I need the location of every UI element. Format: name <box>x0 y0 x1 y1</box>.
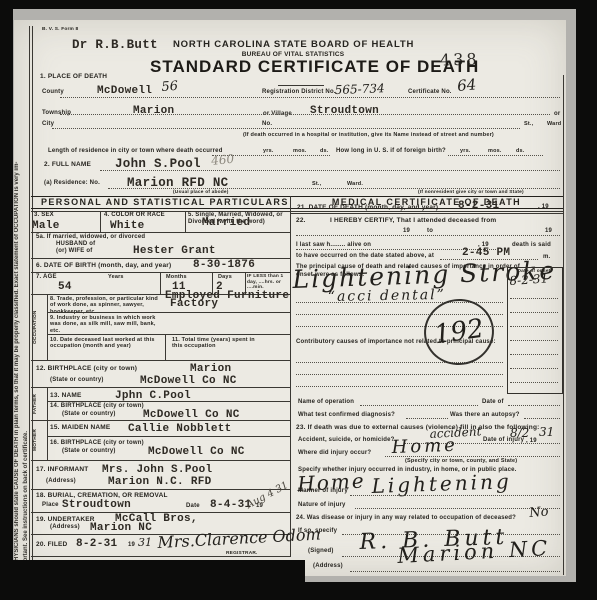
mother-birthplace-label: 16. BIRTHPLACE (city or town) <box>50 440 144 447</box>
row-rule <box>31 556 290 557</box>
nature-injury-label: Nature of injury <box>298 502 346 509</box>
death-said-label: death is said <box>512 242 551 249</box>
spouse-label-1: 5a. If married, widowed, or divorced <box>36 234 145 241</box>
row-rule <box>47 312 290 313</box>
undertaker-address-label: (Address) <box>50 524 80 531</box>
certify-19a: 19 <box>403 228 410 235</box>
cell-divider <box>165 334 166 360</box>
undertaker-label: 19. UNDERTAKER <box>36 516 95 524</box>
date-of-death-19: , 19 <box>538 204 549 211</box>
operation-label: Name of operation <box>298 399 354 406</box>
spouse-value: Hester Grant <box>133 245 216 257</box>
parent-label-divider <box>47 387 48 460</box>
signed-label: (Signed) <box>308 548 334 555</box>
age-days-label: Days <box>218 274 232 280</box>
mos-label: mos. <box>293 148 307 154</box>
manner-injury-hw: Lightening <box>371 469 512 498</box>
rule <box>510 326 558 327</box>
maiden-name-value: Callie Nobblett <box>128 423 232 435</box>
margin-line-1: PHYSICIANS should state CAUSE OF DEATH i… <box>13 30 22 565</box>
rule <box>510 298 558 299</box>
address-label: (Address) <box>313 563 343 570</box>
occupation-related-label: 24. Was disease or injury in any way rel… <box>296 515 516 522</box>
burial-place-label: Place <box>42 502 59 509</box>
trade-value-line2: Factory <box>170 298 218 310</box>
attending-doctor-typed: Dr R.B.Butt <box>72 38 158 52</box>
autopsy-label: Was there an autopsy? <box>450 412 520 419</box>
mother-vertical-label: MOTHER <box>33 421 45 459</box>
rule <box>350 571 560 572</box>
form-left-border-outer <box>29 26 30 560</box>
city-st-label: St., <box>524 121 533 127</box>
sex-label: 3. SEX <box>34 212 54 219</box>
row-rule <box>47 401 290 402</box>
rule <box>350 495 560 496</box>
rule <box>510 382 558 383</box>
last-worked-label: 10. Date deceased last worked at this oc… <box>50 337 155 350</box>
cell-divider <box>185 211 186 232</box>
row-rule <box>290 213 563 214</box>
rule <box>510 354 558 355</box>
scan-edge-right <box>576 0 597 600</box>
dob-label: 6. DATE OF BIRTH (month, day, and year) <box>36 262 171 270</box>
township-value: Marion <box>133 105 174 117</box>
filed-year-hw: 31 <box>138 536 152 549</box>
certify-to: to <box>427 228 433 235</box>
rule <box>448 155 543 156</box>
rule <box>360 405 478 406</box>
external-causes-label: 23. If death was due to external causes … <box>296 424 540 432</box>
age-months-label: Months <box>166 274 187 280</box>
fullname-typed: John S.Pool <box>115 157 201 171</box>
village-value: Stroudtown <box>310 105 379 117</box>
father-name-label: 13. NAME <box>50 392 82 400</box>
rule <box>296 374 503 375</box>
informant-value: Mrs. John S.Pool <box>102 464 212 476</box>
if-so-specify-label: If so, specify <box>298 528 337 535</box>
ds-label: ds. <box>516 148 525 154</box>
row-rule <box>31 420 290 421</box>
certificate-title: STANDARD CERTIFICATE OF DEATH <box>150 63 420 70</box>
mos-label: mos. <box>488 148 502 154</box>
rule <box>60 114 550 115</box>
ds-label: ds. <box>320 148 329 154</box>
scan-edge-left <box>0 0 13 600</box>
cell-divider <box>100 211 101 232</box>
occupation-related-hw: No <box>529 504 549 521</box>
row-rule <box>47 334 290 335</box>
last-saw-label: I last saw h........ alive on <box>296 242 371 249</box>
filed-date-value: 8-2-31 <box>76 538 117 550</box>
cell-divider <box>160 272 161 294</box>
column-divider <box>290 196 291 557</box>
residence-label: (a) Residence: No. <box>44 180 100 187</box>
filed-label: 20. FILED <box>36 541 67 549</box>
birthplace-state-label: (State or country) <box>50 377 104 384</box>
scan-edge-top <box>0 0 597 9</box>
undertaker-address-value: Marion NC <box>90 522 152 534</box>
margin-instructions: PHYSICIANS should state CAUSE OF DEATH i… <box>13 30 34 565</box>
specify-city-note: (Specify city or town, county, and State… <box>405 458 517 464</box>
certificate-no-hw: 64 <box>456 75 477 95</box>
father-vertical-label: FATHER <box>33 388 45 419</box>
residence-ward-label: Ward. <box>347 181 363 187</box>
row-rule <box>31 460 290 461</box>
date-of-death-value: 8-2-31 <box>458 200 499 212</box>
father-birthplace-label: 14. BIRTHPLACE (city or town) <box>50 403 144 410</box>
where-injury-label: Where did injury occur? <box>298 450 371 457</box>
informant-address-label: (Address) <box>46 478 76 485</box>
abode-note: (Usual place of abode) <box>173 190 229 196</box>
age-label: 7. AGE <box>36 274 57 281</box>
fullname-label: 2. FULL NAME <box>44 161 91 169</box>
form-left-border-inner <box>32 26 33 560</box>
date-of-onset-hw: 8-2-31 <box>509 271 549 288</box>
rule <box>52 128 520 129</box>
certify-19b: 19 <box>545 228 552 235</box>
burial-date-label: Date <box>186 503 200 510</box>
county-value: McDowell <box>97 85 152 97</box>
rule <box>296 386 503 387</box>
circled-code-value: 192 <box>432 314 485 351</box>
rule <box>296 235 560 236</box>
total-time-label: 11. Total time (years) spent in this occ… <box>172 337 257 350</box>
birthplace-label: 12. BIRTHPLACE (city or town) <box>36 365 137 373</box>
rule <box>510 368 558 369</box>
marital-value: Married <box>202 217 250 229</box>
row-rule <box>31 232 290 233</box>
rule <box>510 312 558 313</box>
row-rule <box>31 360 290 361</box>
county-label: County <box>42 89 64 96</box>
form-right-border <box>563 75 564 575</box>
birthplace-state-value: McDowell Co NC <box>140 375 237 387</box>
informant-label: 17. INFORMANT <box>36 466 88 474</box>
row-rule <box>31 387 290 388</box>
row-rule <box>47 436 290 437</box>
spouse-label-2: HUSBAND of <box>56 241 95 248</box>
accident-label: Accident, suicide, or homicide? <box>298 437 395 444</box>
row-rule <box>31 489 290 490</box>
test-label: What test confirmed diagnosis? <box>298 412 395 419</box>
certificate-no-label: Certificate No. <box>408 89 452 96</box>
race-label: 4. COLOR OR RACE <box>104 212 165 219</box>
form-number: B. V. S. Form 8 <box>42 27 78 33</box>
yrs-label: yrs. <box>460 148 471 154</box>
fullname-annotation-hw: 460 <box>211 152 235 168</box>
us-length-label: How long in U. S. if of foreign birth? <box>336 148 446 155</box>
informant-address-value: Marion N.C. RFD <box>108 476 212 488</box>
spouse-label-3: (or) WIFE of <box>56 248 92 255</box>
rule <box>406 418 448 419</box>
maiden-name-label: 15. MAIDEN NAME <box>50 424 110 432</box>
father-state-label: (State or country) <box>62 411 116 418</box>
injury-year-hw: 31 <box>539 425 554 439</box>
mother-state-label: (State or country) <box>62 448 116 455</box>
hospital-note: (If death occurred in a hospital or inst… <box>243 132 543 138</box>
occurred-label: to have occurred on the date stated abov… <box>296 253 434 260</box>
birthplace-value: Marion <box>190 363 231 375</box>
operation-date-label: Date of <box>482 399 504 406</box>
board-name: NORTH CAROLINA STATE BOARD OF HEALTH <box>173 41 413 48</box>
title-underline <box>278 85 324 86</box>
burial-place-value: Stroudtown <box>62 499 131 511</box>
yrs-label: yrs. <box>263 148 274 154</box>
residence-length-label: Length of residence in city or town wher… <box>48 148 223 155</box>
county-number-hw: 56 <box>161 79 179 95</box>
occupation-vertical-label: OCCUPATION <box>33 296 45 358</box>
industry-label: 9. Industry or business in which work wa… <box>50 315 160 334</box>
where-injury-hw: Home <box>391 435 458 458</box>
mother-birthplace-value: McDowell Co NC <box>148 446 245 458</box>
rule <box>385 456 560 457</box>
filed-19-label: 19 <box>128 542 135 549</box>
scanned-death-certificate: PHYSICIANS should state CAUSE OF DEATH i… <box>0 0 597 600</box>
rule <box>60 97 560 98</box>
age-less-label: IF LESS than 1 day, ....hrs. or ....min. <box>247 274 288 291</box>
age-years-label: Years <box>108 274 124 280</box>
certify-number: 22. <box>296 217 306 225</box>
nonresident-note: (If nonresident give city or town and St… <box>418 190 524 196</box>
date-of-death-label: 21. DATE OF DEATH (month, day, and year) <box>297 204 438 212</box>
rule <box>100 170 560 171</box>
rule <box>508 405 560 406</box>
city-ward-label: Ward <box>547 121 561 127</box>
occupation-label-divider <box>47 294 48 360</box>
district-label: Registration District No. <box>262 89 336 96</box>
place-of-death-label: 1. PLACE OF DEATH <box>40 73 107 81</box>
age-years-value: 54 <box>58 281 72 293</box>
city-no-label: No. <box>262 121 272 128</box>
residence-st-label: St., <box>312 181 321 187</box>
sex-value: Male <box>32 220 60 232</box>
rule <box>108 188 560 189</box>
manner-injury-label: Manner of injury <box>298 488 348 495</box>
dob-value: 8-30-1876 <box>193 259 255 271</box>
scan-edge-bottom <box>0 582 597 600</box>
city-label: City <box>42 121 54 128</box>
rule <box>524 418 560 419</box>
district-value-hw: 565-734 <box>335 81 385 97</box>
race-value: White <box>110 220 145 232</box>
village-tail-label: or <box>554 111 560 118</box>
certify-label: I HEREBY CERTIFY, That I attended deceas… <box>330 217 496 225</box>
personal-section-title: PERSONAL AND STATISTICAL PARTICULARS <box>41 199 281 206</box>
